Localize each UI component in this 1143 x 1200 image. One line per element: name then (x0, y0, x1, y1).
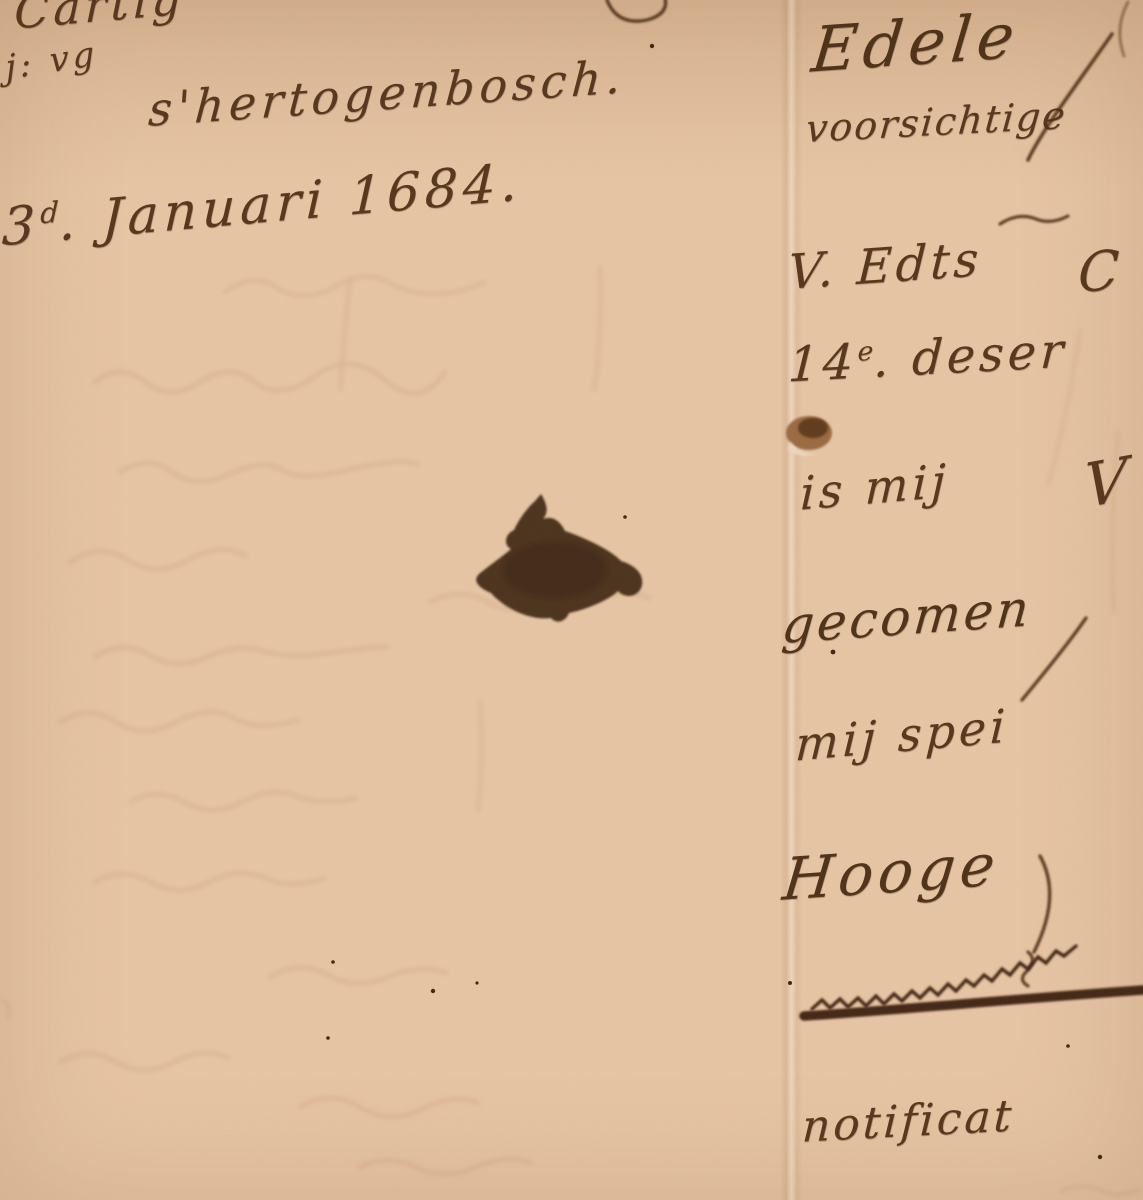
right-line-notificat: notificat (801, 1090, 1016, 1152)
right-line-v-edts: V. Edts (787, 231, 984, 301)
deser-suffix: e (857, 336, 875, 368)
right-line-mij-spei: mij spei (794, 698, 1010, 771)
right-line-gecomen: gecomen (780, 579, 1034, 655)
edge-fragment-v: V (1084, 443, 1131, 522)
deser-number: 14 (787, 334, 859, 394)
date-day-suffix: d (40, 194, 60, 230)
ink-blot (476, 494, 642, 622)
right-line-hooge: Hooge (780, 830, 1004, 914)
date-day: 3 (1, 194, 41, 258)
scribbled-out-word (804, 946, 1143, 1016)
right-line-is-mij: is mij (799, 453, 950, 520)
right-line-edele: Edele (808, 0, 1023, 87)
edge-fragment-c: C (1077, 237, 1124, 305)
right-line-14-deser: 14e. deser (787, 323, 1069, 394)
deser-rest: . deser (872, 323, 1068, 389)
manuscript-photo: Cartig ij: vg s'hertogenbosch. 3d. Janua… (0, 0, 1143, 1200)
